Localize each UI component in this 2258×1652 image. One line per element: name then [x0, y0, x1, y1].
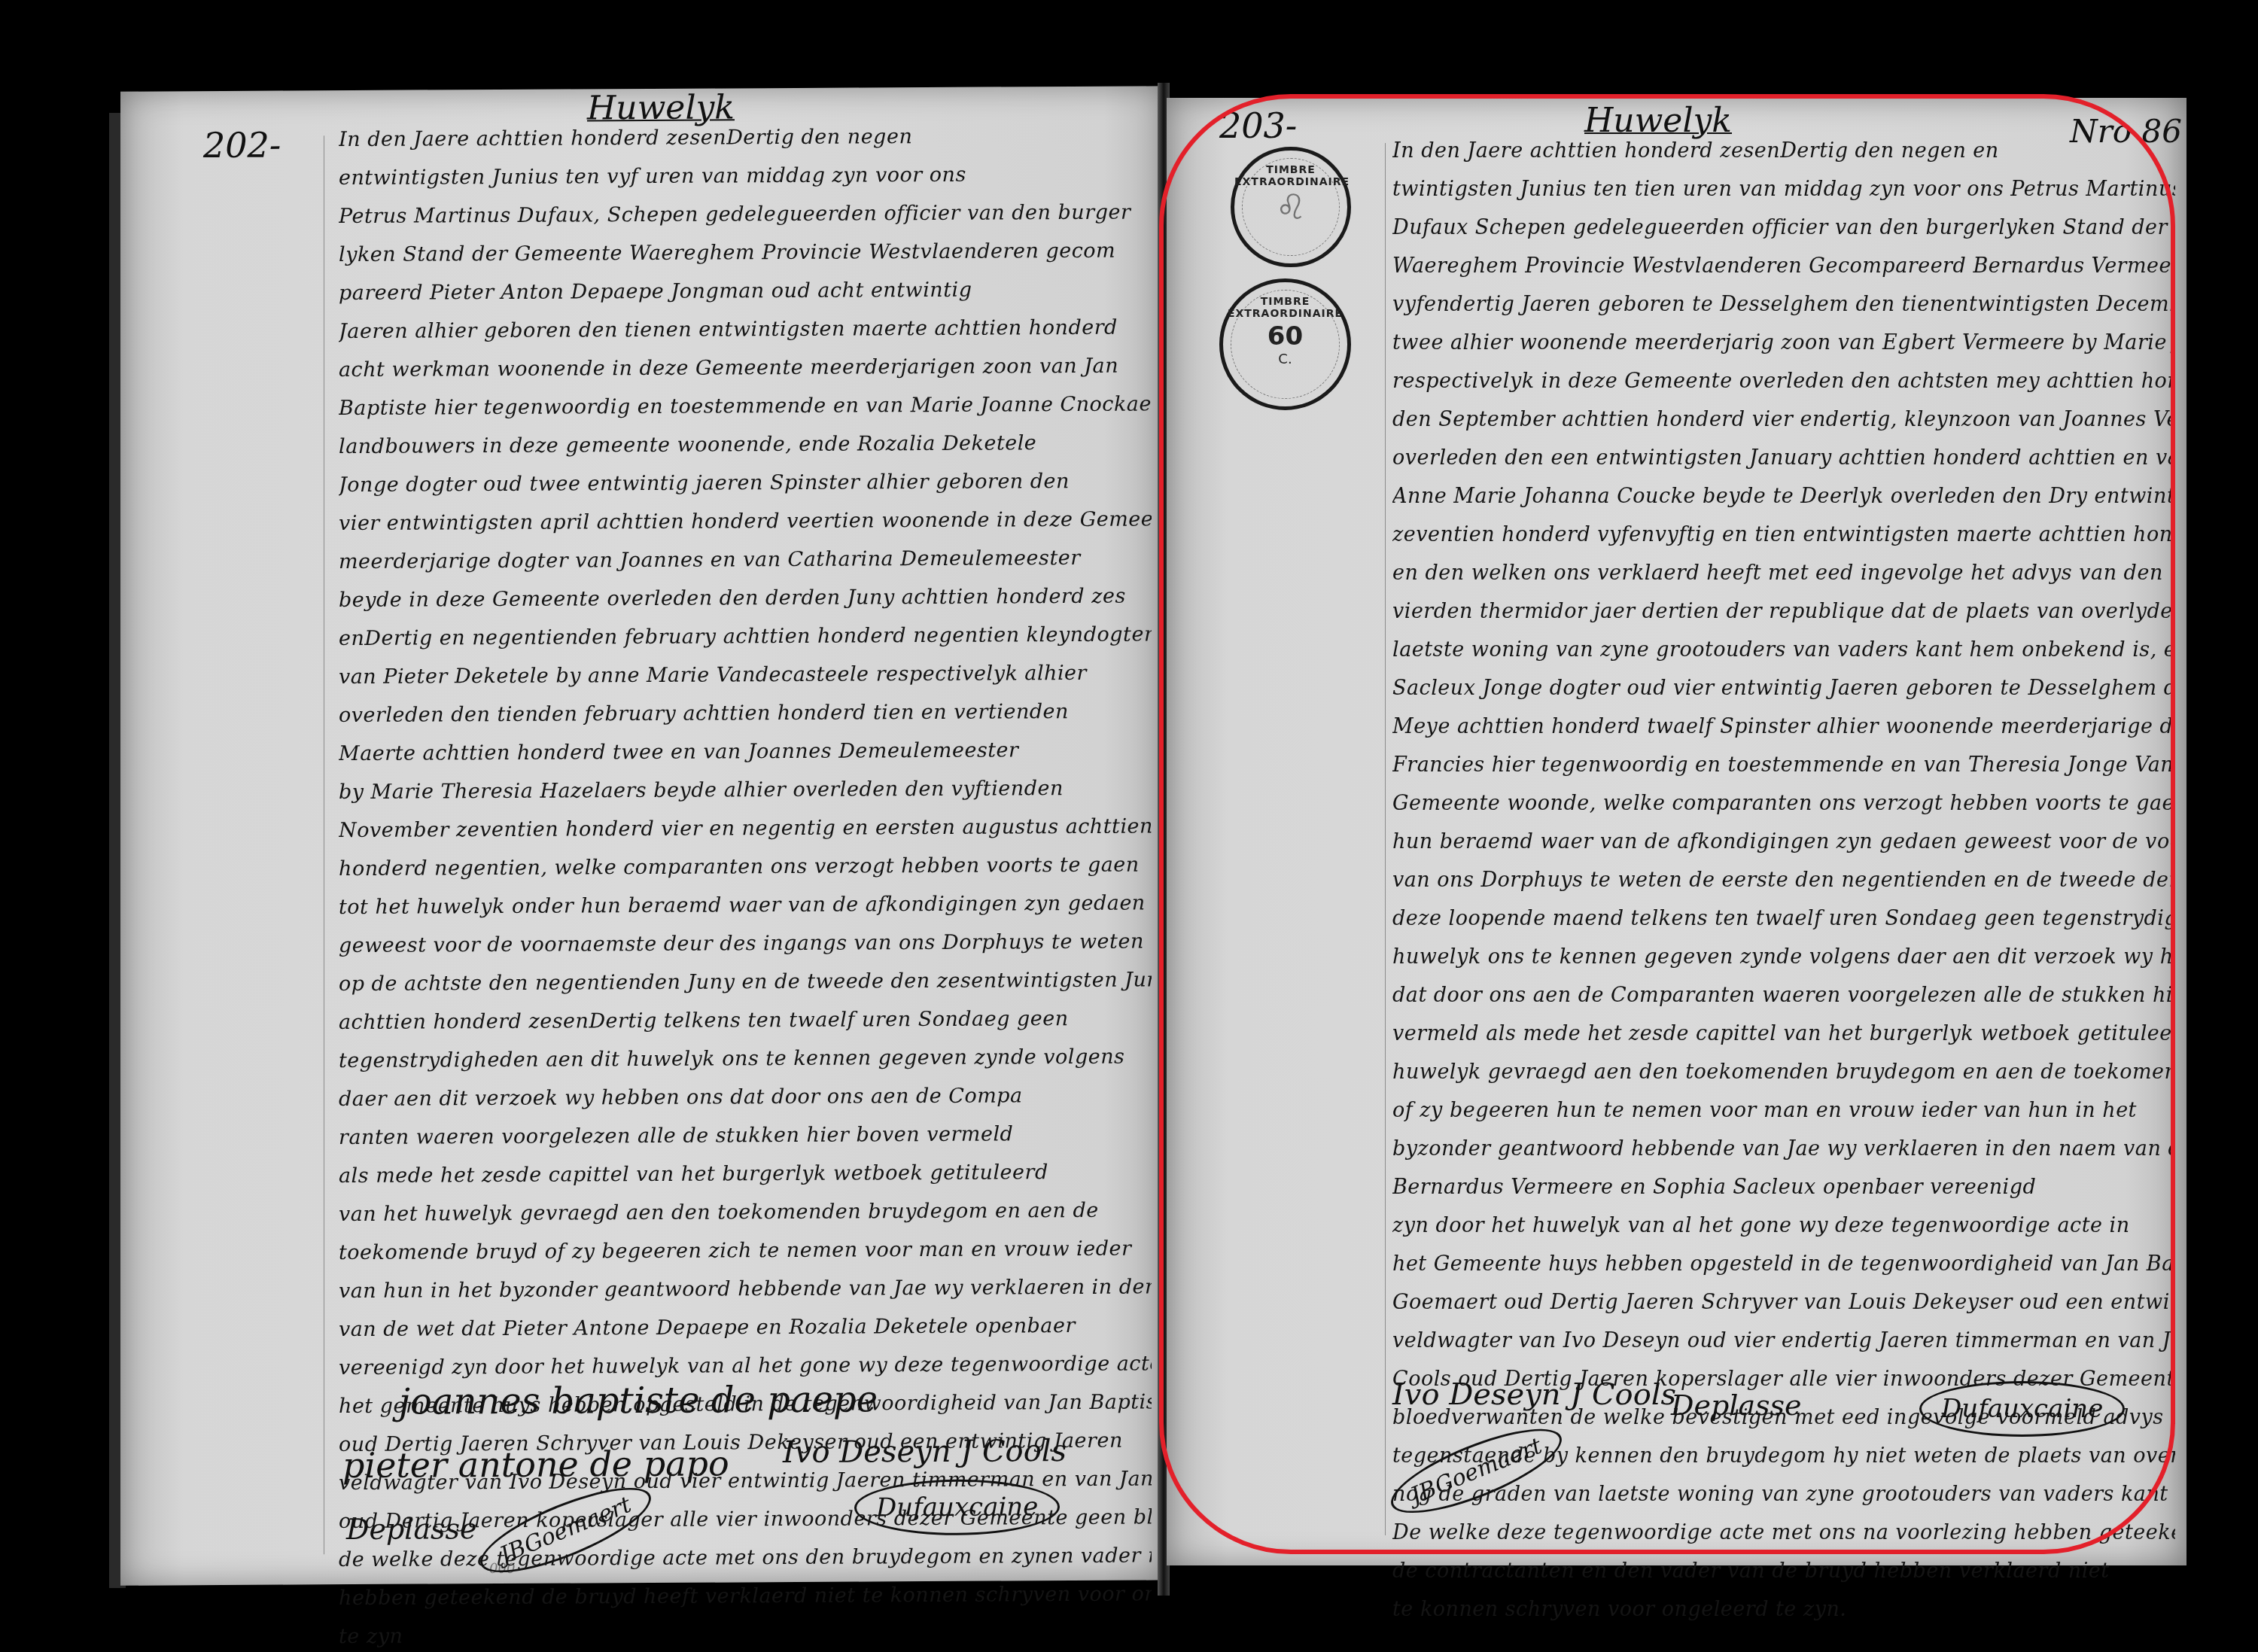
text-line: tot het huwelyk onder hun beraemd waer v…: [339, 884, 1152, 926]
text-line: In den Jaere achttien honderd zesenDerti…: [339, 116, 1152, 159]
signature-pieter: pieter antone de papo: [342, 1443, 729, 1486]
text-line: ranten waeren voorgelezen alle de stukke…: [339, 1114, 1152, 1157]
folio-number: 202-: [203, 125, 281, 166]
text-line: November zeventien honderd vier en negen…: [339, 807, 1152, 850]
text-line: vier entwintigsten april achttien honder…: [339, 500, 1152, 543]
text-line: hebben geteekend de bruyd heeft verklaer…: [339, 1574, 1152, 1617]
text-line: als mede het zesde capittel van het burg…: [339, 1152, 1152, 1195]
text-line: meerderjarige dogter van Joannes en van …: [339, 538, 1152, 581]
text-line: Jonge dogter oud twee entwintig jaeren S…: [339, 461, 1152, 504]
text-line: beyde in deze Gemeente overleden den der…: [339, 577, 1152, 619]
text-line: acht werkman woonende in deze Gemeente m…: [339, 346, 1152, 389]
signature-ivo-cools: Ivo Deseyn J Cools: [783, 1434, 1067, 1470]
text-line: pareerd Pieter Anton Depaepe Jongman oud…: [339, 269, 1152, 312]
text-line: de contractanten en den vader van de bru…: [1392, 1552, 2175, 1590]
text-line: Petrus Martinus Dufaux, Schepen gedelegu…: [339, 193, 1152, 236]
text-line: tegenstrydigheden aen dit huwelyk ons te…: [339, 1037, 1152, 1080]
text-line: te konnen schryven voor ongeleerd te zyn…: [1392, 1590, 2175, 1629]
text-line: achttien honderd zesenDertig telkens ten…: [339, 999, 1152, 1042]
text-line: van de wet dat Pieter Antone Depaepe en …: [339, 1306, 1152, 1349]
text-line: Baptiste hier tegenwoordig en toestemmen…: [339, 385, 1152, 427]
text-line: Maerte achttien honderd twee en van Joan…: [339, 730, 1152, 773]
left-page: 202- Huwelyk In den Jaere achttien honde…: [120, 86, 1167, 1585]
text-line: landbouwers in deze gemeente woonende, e…: [339, 423, 1152, 466]
text-line: lyken Stand der Gemeente Waereghem Provi…: [339, 231, 1152, 274]
page-mark: 000: [489, 1561, 515, 1577]
text-line: van Pieter Deketele by anne Marie Vandec…: [339, 653, 1152, 696]
text-line: honderd negentien, welke comparanten ons…: [339, 845, 1152, 888]
text-line: Jaeren alhier geboren den tienen entwint…: [339, 308, 1152, 351]
text-line: van hun in het byzonder geantwoord hebbe…: [339, 1267, 1152, 1310]
text-line: entwintigsten Junius ten vyf uren van mi…: [339, 154, 1152, 197]
text-line: toekomende bruyd of zy begeeren zich te …: [339, 1229, 1152, 1272]
signature-joannes: joannes baptiste de paepe: [399, 1378, 878, 1422]
text-line: by Marie Theresia Hazelaers beyde alhier…: [339, 768, 1152, 811]
margin-rule: [324, 135, 324, 1554]
text-line: op de achtste den negentienden Juny en d…: [339, 960, 1152, 1003]
text-line: overleden den tienden february achttien …: [339, 692, 1152, 735]
text-line: geweest voor de voornaemste deur des ing…: [339, 922, 1152, 965]
red-highlight-outline: [1159, 94, 2175, 1554]
text-line: daer aen dit verzoek wy hebben ons dat d…: [339, 1075, 1152, 1118]
signature-deplasse: Deplasse: [346, 1512, 477, 1546]
text-line: enDertig en negentienden february achtti…: [339, 615, 1152, 658]
text-line: te zyn: [339, 1613, 1152, 1652]
text-line: van het huwelyk gevraegd aen den toekome…: [339, 1191, 1152, 1234]
